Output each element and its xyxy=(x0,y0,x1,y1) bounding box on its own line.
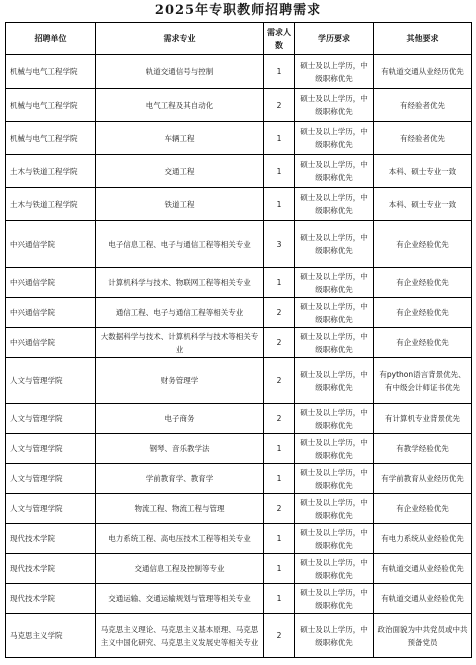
table-row: 中兴通信学院计算机科学与技术、物联网工程等相关专业1硕士及以上学历，中级职称优先… xyxy=(6,268,472,298)
cell-unit: 现代技术学院 xyxy=(6,584,96,614)
cell-other: 有企业经验优先 xyxy=(374,221,472,268)
cell-major: 财务管理学 xyxy=(96,358,264,404)
cell-count: 2 xyxy=(264,494,295,524)
cell-other: 本科、硕士专业一致 xyxy=(374,188,472,221)
cell-education: 硕士及以上学历，中级职称优先 xyxy=(295,614,374,658)
table-body: 机械与电气工程学院轨道交通信号与控制1硕士及以上学历，中级职称优先有轨道交通从业… xyxy=(6,55,472,658)
cell-education: 硕士及以上学历，中级职称优先 xyxy=(295,358,374,404)
table-row: 现代技术学院交通运输、交通运输规划与管理等相关专业1硕士及以上学历，中级职称优先… xyxy=(6,584,472,614)
cell-unit: 中兴通信学院 xyxy=(6,268,96,298)
cell-other: 有电力系统从业经验优先 xyxy=(374,524,472,554)
cell-unit: 人文与管理学院 xyxy=(6,494,96,524)
header-count: 需求人数 xyxy=(264,23,295,55)
cell-major: 电子信息工程、电子与通信工程等相关专业 xyxy=(96,221,264,268)
cell-other: 有学前教育从业经历优先 xyxy=(374,464,472,494)
cell-major: 大数据科学与技术、计算机科学与技术等相关专业 xyxy=(96,328,264,358)
table-row: 中兴通信学院电子信息工程、电子与通信工程等相关专业3硕士及以上学历，中级职称优先… xyxy=(6,221,472,268)
cell-other: 本科、硕士专业一致 xyxy=(374,155,472,188)
table-row: 中兴通信学院通信工程、电子与通信工程等相关专业2硕士及以上学历，中级职称优先有企… xyxy=(6,298,472,328)
cell-major: 电子商务 xyxy=(96,404,264,434)
cell-major: 铁道工程 xyxy=(96,188,264,221)
cell-count: 1 xyxy=(264,188,295,221)
cell-count: 1 xyxy=(264,268,295,298)
cell-education: 硕士及以上学历，中级职称优先 xyxy=(295,464,374,494)
cell-education: 硕士及以上学历，中级职称优先 xyxy=(295,434,374,464)
cell-major: 轨道交通信号与控制 xyxy=(96,55,264,89)
cell-education: 硕士及以上学历，中级职称优先 xyxy=(295,494,374,524)
cell-unit: 人文与管理学院 xyxy=(6,358,96,404)
cell-unit: 土木与铁道工程学院 xyxy=(6,188,96,221)
table-row: 土木与铁道工程学院铁道工程1硕士及以上学历，中级职称优先本科、硕士专业一致 xyxy=(6,188,472,221)
cell-other: 有经验者优先 xyxy=(374,89,472,122)
table-row: 机械与电气工程学院电气工程及其自动化2硕士及以上学历，中级职称优先有经验者优先 xyxy=(6,89,472,122)
cell-education: 硕士及以上学历，中级职称优先 xyxy=(295,584,374,614)
table-row: 机械与电气工程学院车辆工程1硕士及以上学历，中级职称优先有经验者优先 xyxy=(6,122,472,155)
table-row: 人文与管理学院钢琴、音乐教学法1硕士及以上学历，中级职称优先有教学经验优先 xyxy=(6,434,472,464)
cell-count: 1 xyxy=(264,524,295,554)
cell-count: 2 xyxy=(264,614,295,658)
cell-other: 有企业经验优先 xyxy=(374,494,472,524)
cell-other: 有轨道交通从业经验优先 xyxy=(374,554,472,584)
cell-major: 车辆工程 xyxy=(96,122,264,155)
cell-education: 硕士及以上学历，中级职称优先 xyxy=(295,55,374,89)
cell-unit: 人文与管理学院 xyxy=(6,464,96,494)
cell-other: 有计算机专业背景优先 xyxy=(374,404,472,434)
cell-education: 硕士及以上学历，中级职称优先 xyxy=(295,188,374,221)
table-row: 现代技术学院电力系统工程、高电压技术工程等相关专业1硕士及以上学历，中级职称优先… xyxy=(6,524,472,554)
cell-education: 硕士及以上学历，中级职称优先 xyxy=(295,221,374,268)
cell-other: 有企业经验优先 xyxy=(374,328,472,358)
cell-education: 硕士及以上学历，中级职称优先 xyxy=(295,328,374,358)
cell-unit: 机械与电气工程学院 xyxy=(6,55,96,89)
header-other: 其他要求 xyxy=(374,23,472,55)
cell-major: 交通信息工程及控制等专业 xyxy=(96,554,264,584)
cell-major: 通信工程、电子与通信工程等相关专业 xyxy=(96,298,264,328)
table-row: 马克思主义学院马克思主义理论、马克思主义基本原理、马克思主义中国化研究、马克思主… xyxy=(6,614,472,658)
cell-unit: 中兴通信学院 xyxy=(6,328,96,358)
table-row: 中兴通信学院大数据科学与技术、计算机科学与技术等相关专业2硕士及以上学历，中级职… xyxy=(6,328,472,358)
cell-other: 有轨道交通从业经历优先 xyxy=(374,55,472,89)
cell-education: 硕士及以上学历，中级职称优先 xyxy=(295,122,374,155)
table-row: 土木与铁道工程学院交通工程1硕士及以上学历，中级职称优先本科、硕士专业一致 xyxy=(6,155,472,188)
cell-education: 硕士及以上学历，中级职称优先 xyxy=(295,404,374,434)
cell-major: 学前教育学、教育学 xyxy=(96,464,264,494)
cell-count: 2 xyxy=(264,358,295,404)
cell-education: 硕士及以上学历，中级职称优先 xyxy=(295,524,374,554)
cell-unit: 马克思主义学院 xyxy=(6,614,96,658)
cell-count: 1 xyxy=(264,55,295,89)
table-row: 人文与管理学院学前教育学、教育学1硕士及以上学历，中级职称优先有学前教育从业经历… xyxy=(6,464,472,494)
cell-education: 硕士及以上学历，中级职称优先 xyxy=(295,554,374,584)
table-header-row: 招聘单位 需求专业 需求人数 学历要求 其他要求 xyxy=(6,23,472,55)
table-row: 人文与管理学院电子商务2硕士及以上学历，中级职称优先有计算机专业背景优先 xyxy=(6,404,472,434)
table-row: 人文与管理学院财务管理学2硕士及以上学历，中级职称优先有python语言背景优先… xyxy=(6,358,472,404)
cell-unit: 现代技术学院 xyxy=(6,524,96,554)
cell-other: 政治面貌为中共党员或中共预备党员 xyxy=(374,614,472,658)
cell-unit: 机械与电气工程学院 xyxy=(6,122,96,155)
cell-education: 硕士及以上学历，中级职称优先 xyxy=(295,268,374,298)
cell-other: 有经验者优先 xyxy=(374,122,472,155)
cell-unit: 人文与管理学院 xyxy=(6,404,96,434)
cell-unit: 机械与电气工程学院 xyxy=(6,89,96,122)
header-major: 需求专业 xyxy=(96,23,264,55)
cell-unit: 土木与铁道工程学院 xyxy=(6,155,96,188)
cell-major: 钢琴、音乐教学法 xyxy=(96,434,264,464)
cell-major: 电力系统工程、高电压技术工程等相关专业 xyxy=(96,524,264,554)
cell-other: 有企业经验优先 xyxy=(374,298,472,328)
cell-major: 计算机科学与技术、物联网工程等相关专业 xyxy=(96,268,264,298)
cell-major: 交通运输、交通运输规划与管理等相关专业 xyxy=(96,584,264,614)
cell-count: 3 xyxy=(264,221,295,268)
cell-count: 1 xyxy=(264,434,295,464)
cell-count: 1 xyxy=(264,464,295,494)
cell-major: 交通工程 xyxy=(96,155,264,188)
header-unit: 招聘单位 xyxy=(6,23,96,55)
recruitment-table: 招聘单位 需求专业 需求人数 学历要求 其他要求 机械与电气工程学院轨道交通信号… xyxy=(5,22,472,658)
cell-count: 1 xyxy=(264,554,295,584)
cell-unit: 现代技术学院 xyxy=(6,554,96,584)
cell-other: 有轨道交通从业经验优先 xyxy=(374,584,472,614)
cell-count: 2 xyxy=(264,298,295,328)
cell-other: 有企业经验优先 xyxy=(374,268,472,298)
cell-major: 马克思主义理论、马克思主义基本原理、马克思主义中国化研究、马克思主义发展史等相关… xyxy=(96,614,264,658)
cell-other: 有python语言背景优先、有中级会计师证书优先 xyxy=(374,358,472,404)
table-row: 机械与电气工程学院轨道交通信号与控制1硕士及以上学历，中级职称优先有轨道交通从业… xyxy=(6,55,472,89)
cell-count: 2 xyxy=(264,89,295,122)
cell-count: 1 xyxy=(264,584,295,614)
cell-unit: 人文与管理学院 xyxy=(6,434,96,464)
page-title: 2025年专职教师招聘需求 xyxy=(0,2,476,20)
cell-education: 硕士及以上学历，中级职称优先 xyxy=(295,155,374,188)
table-row: 现代技术学院交通信息工程及控制等专业1硕士及以上学历，中级职称优先有轨道交通从业… xyxy=(6,554,472,584)
header-education: 学历要求 xyxy=(295,23,374,55)
cell-education: 硕士及以上学历，中级职称优先 xyxy=(295,298,374,328)
cell-count: 2 xyxy=(264,328,295,358)
cell-major: 电气工程及其自动化 xyxy=(96,89,264,122)
cell-unit: 中兴通信学院 xyxy=(6,298,96,328)
cell-count: 1 xyxy=(264,122,295,155)
cell-education: 硕士及以上学历，中级职称优先 xyxy=(295,89,374,122)
cell-other: 有教学经验优先 xyxy=(374,434,472,464)
cell-count: 1 xyxy=(264,155,295,188)
table-row: 人文与管理学院物流工程、物流工程与管理2硕士及以上学历，中级职称优先有企业经验优… xyxy=(6,494,472,524)
cell-unit: 中兴通信学院 xyxy=(6,221,96,268)
cell-major: 物流工程、物流工程与管理 xyxy=(96,494,264,524)
cell-count: 2 xyxy=(264,404,295,434)
